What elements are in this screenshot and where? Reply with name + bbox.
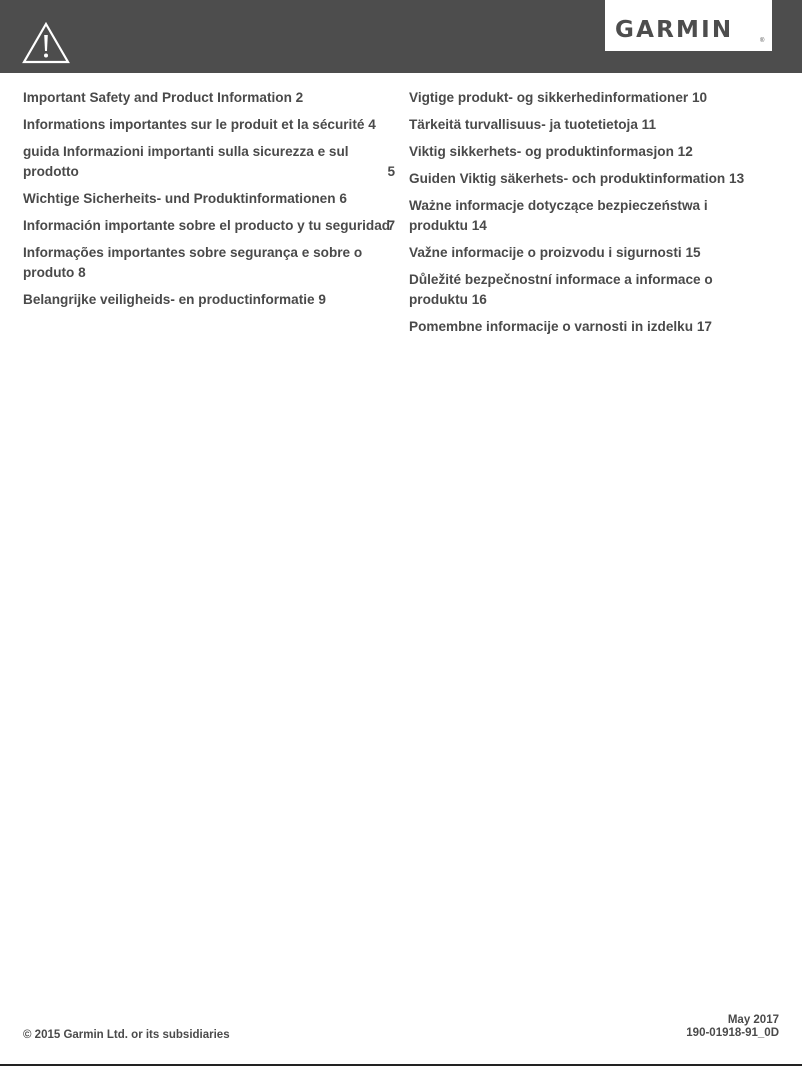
toc-entry[interactable]: Viktig sikkerhets- og produktinformasjon… [409, 142, 769, 162]
toc-left-column: Important Safety and Product Information… [23, 88, 395, 317]
part-number: 190-01918-91_0D [686, 1027, 779, 1040]
toc-entry[interactable]: Tärkeitä turvallisuus- ja tuotetietoja 1… [409, 115, 769, 135]
toc-entry[interactable]: Belangrijke veiligheids- en productinfor… [23, 290, 395, 310]
toc-entry[interactable]: Wichtige Sicherheits- und Produktinforma… [23, 189, 395, 209]
toc-entry-title: Important Safety and Product Information [23, 90, 292, 105]
toc-entry-title: Důležité bezpečnostní informace a inform… [409, 272, 713, 307]
registered-mark: ® [760, 38, 764, 44]
toc-entry-title: Ważne informacje dotyczące bezpieczeństw… [409, 198, 708, 233]
toc-entry-page: 6 [339, 191, 347, 206]
toc-entry-title: guida Informazioni importanti sulla sicu… [23, 144, 349, 179]
copyright-text: © 2015 Garmin Ltd. or its subsidiaries [23, 1029, 230, 1041]
toc-entry[interactable]: Important Safety and Product Information… [23, 88, 395, 108]
toc-entry-title: Vigtige produkt- og sikkerhedinformation… [409, 90, 688, 105]
toc-entry-page: 9 [318, 292, 326, 307]
toc-entry-page: 11 [642, 117, 656, 132]
toc-entry-title: Informações importantes sobre segurança … [23, 245, 362, 280]
document-info: May 2017 190-01918-91_0D [686, 1014, 779, 1040]
toc-entry-page: 16 [472, 292, 487, 307]
toc-entry[interactable]: Guiden Viktig säkerhets- och produktinfo… [409, 169, 769, 189]
toc-entry[interactable]: Važne informacije o proizvodu i sigurnos… [409, 243, 769, 263]
toc-entry[interactable]: Ważne informacje dotyczące bezpieczeństw… [409, 196, 769, 236]
toc-entry-title: Belangrijke veiligheids- en productinfor… [23, 292, 315, 307]
publish-date: May 2017 [686, 1014, 779, 1027]
toc-entry[interactable]: Informações importantes sobre segurança … [23, 243, 395, 283]
toc-entry-page: 14 [472, 218, 487, 233]
toc-entry-page: 15 [685, 245, 700, 260]
toc-entry-title: Pomembne informacije o varnosti in izdel… [409, 319, 693, 334]
toc-entry[interactable]: guida Informazioni importanti sulla sicu… [23, 142, 395, 182]
logo-text: GARMIN [615, 19, 733, 42]
toc-entry-page: 13 [729, 171, 744, 186]
toc-entry[interactable]: Informations importantes sur le produit … [23, 115, 395, 135]
header-band: GARMIN ® [0, 0, 802, 73]
toc-entry-page: 7 [387, 216, 395, 236]
toc-entry-title: Información importante sobre el producto… [23, 218, 390, 233]
toc-entry[interactable]: Vigtige produkt- og sikkerhedinformation… [409, 88, 769, 108]
toc-entry-title: Wichtige Sicherheits- und Produktinforma… [23, 191, 336, 206]
toc-entry[interactable]: Důležité bezpečnostní informace a inform… [409, 270, 769, 310]
toc-entry-page: 12 [678, 144, 693, 159]
toc-entry-title: Informations importantes sur le produit … [23, 117, 364, 132]
toc-entry-title: Tärkeitä turvallisuus- ja tuotetietoja [409, 117, 638, 132]
toc-entry-page: 5 [387, 162, 395, 182]
toc-entry-page: 4 [368, 117, 376, 132]
warning-triangle-icon [22, 22, 70, 64]
toc-entry-title: Viktig sikkerhets- og produktinformasjon [409, 144, 674, 159]
toc-entry-page: 10 [692, 90, 707, 105]
toc-entry-page: 17 [697, 319, 712, 334]
toc-entry[interactable]: Pomembne informacije o varnosti in izdel… [409, 317, 769, 337]
toc-entry-page: 8 [78, 265, 86, 280]
toc-right-column: Vigtige produkt- og sikkerhedinformation… [409, 88, 769, 344]
toc-entry-title: Guiden Viktig säkerhets- och produktinfo… [409, 171, 725, 186]
toc-entry[interactable]: Información importante sobre el producto… [23, 216, 395, 236]
toc-entry-page: 2 [296, 90, 304, 105]
garmin-logo: GARMIN ® [605, 0, 772, 51]
toc-entry-title: Važne informacije o proizvodu i sigurnos… [409, 245, 682, 260]
